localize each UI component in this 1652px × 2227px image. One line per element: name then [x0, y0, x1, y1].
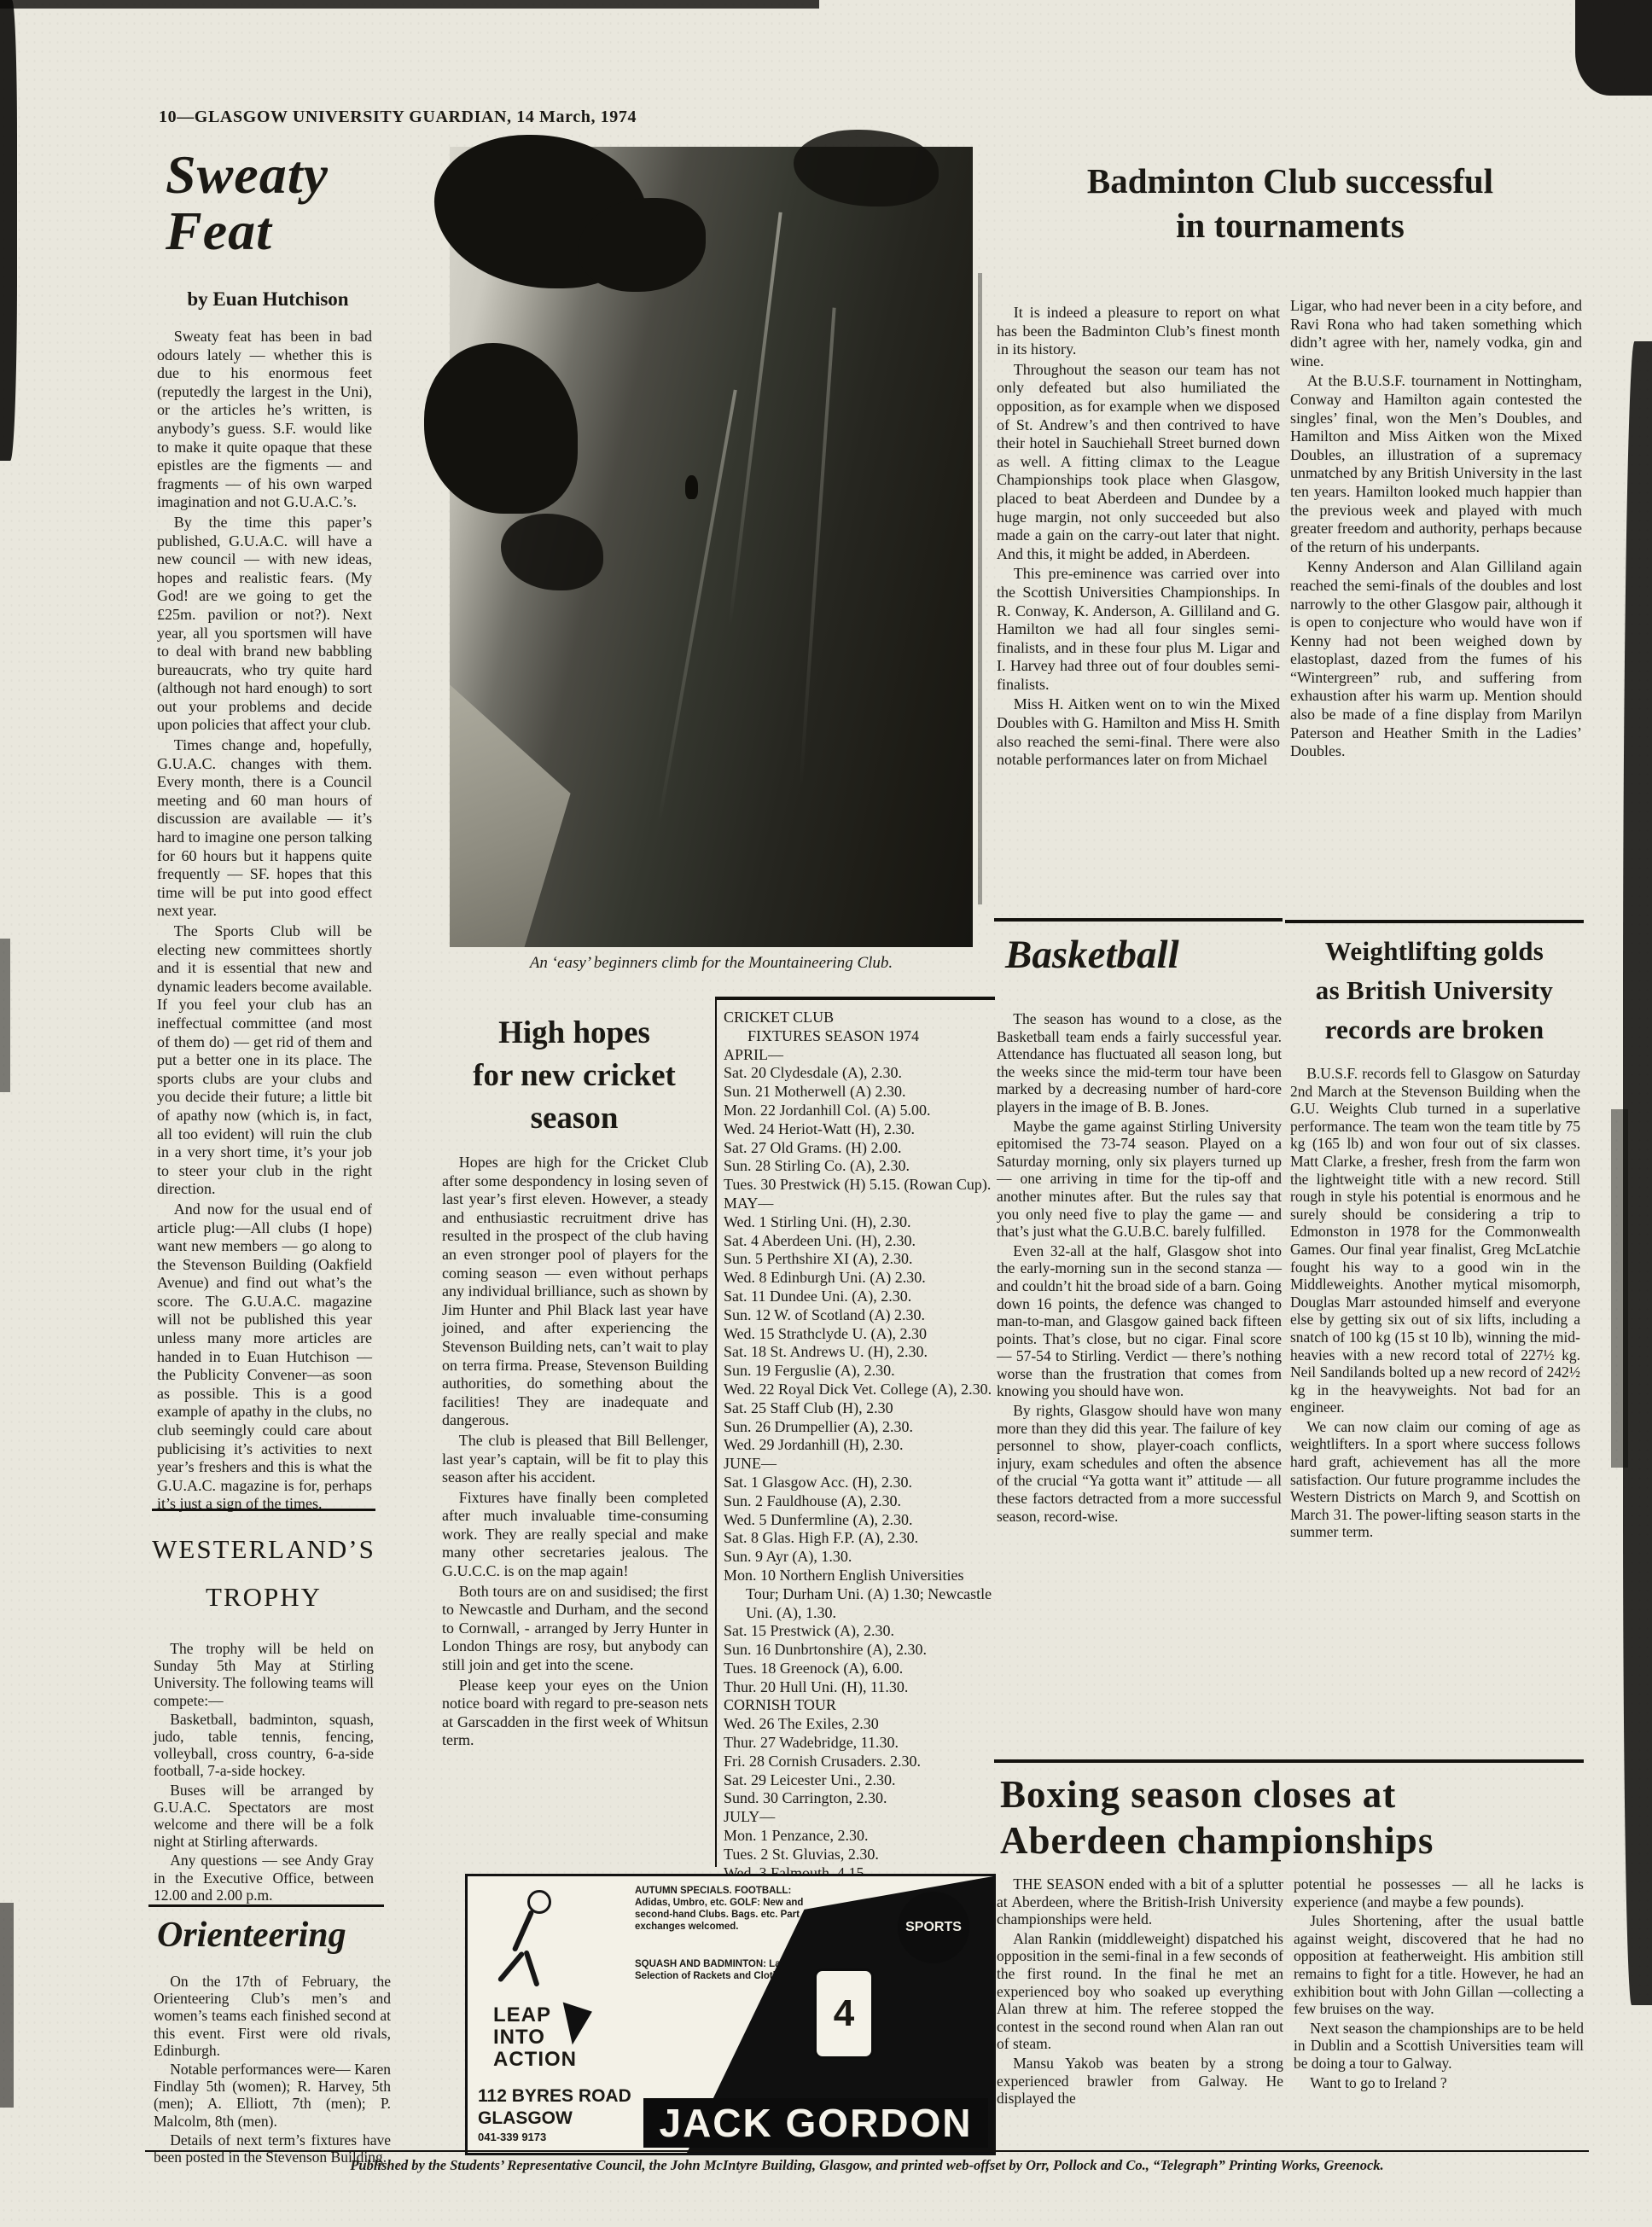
fixture-line: Tues. 18 Greenock (A), 6.00. — [724, 1660, 995, 1678]
paragraph: The club is pleased that Bill Bellenger,… — [442, 1432, 708, 1487]
headline-line: season — [433, 1097, 715, 1140]
basketball-article: The season has wound to a close, as the … — [997, 1010, 1282, 1526]
fixture-line: Sat. 8 Glas. High F.P. (A), 2.30. — [724, 1529, 995, 1548]
boxing-article-col1: THE SEASON ended with a bit of a splutte… — [997, 1875, 1283, 2109]
paragraph: Notable performances were— Karen Findlay… — [154, 2061, 391, 2130]
badminton-article-col2: Ligar, who had never been in a city befo… — [1290, 297, 1582, 763]
ad-phone: 041-339 9173 — [478, 2131, 546, 2143]
weightlifting-headline: Weightlifting goldsas British University… — [1285, 932, 1584, 1050]
paragraph: Throughout the season our team has not o… — [997, 361, 1280, 564]
fixture-line: Sat. 27 Old Grams. (H) 2.00. — [724, 1139, 995, 1158]
paragraph: THE SEASON ended with a bit of a splutte… — [997, 1875, 1283, 1928]
fixture-line: Sat. 1 Glasgow Acc. (H), 2.30. — [724, 1474, 995, 1492]
scan-edge-artifact — [0, 0, 819, 9]
cricket-headline: High hopesfor new cricketseason — [433, 1012, 715, 1140]
paragraph: Mansu Yakob was beaten by a strong exper… — [997, 2055, 1283, 2108]
paragraph: Next season the championships are to be … — [1294, 2020, 1584, 2073]
headline-line: as British University — [1285, 971, 1584, 1010]
fixture-line: Tues. 30 Prestwick (H) 5.15. (Rowan Cup)… — [724, 1176, 995, 1195]
photo-caption: An ‘easy’ beginners climb for the Mounta… — [450, 954, 973, 973]
fixture-line: Sat. 29 Leicester Uni., 2.30. — [724, 1771, 995, 1790]
footer-rule — [145, 2150, 1589, 2152]
paragraph: potential he possesses — all he lacks is… — [1294, 1875, 1584, 1910]
fixture-line: Sun. 12 W. of Scotland (A) 2.30. — [724, 1306, 995, 1325]
foliage-silhouette — [501, 514, 603, 590]
fixture-line: Sun. 19 Ferguslie (A), 2.30. — [724, 1362, 995, 1381]
paragraph: And now for the usual end of article plu… — [157, 1201, 372, 1514]
fixture-line: MAY— — [724, 1195, 995, 1213]
paragraph: Sweaty feat has been in bad odours latel… — [157, 328, 372, 512]
fixture-line: Wed. 26 The Exiles, 2.30 — [724, 1715, 995, 1734]
fixture-line: Wed. 15 Strathclyde U. (A), 2.30 — [724, 1325, 995, 1344]
headline-line: Badminton Club successful — [997, 159, 1584, 203]
rock-crack — [728, 212, 782, 626]
imprint-line: Published by the Students’ Representativ… — [145, 2157, 1589, 2174]
paragraph: Even 32-all at the half, Glasgow shot in… — [997, 1242, 1282, 1400]
fixture-line: Sun. 9 Ayr (A), 1.30. — [724, 1548, 995, 1567]
sports-badge: SPORTS — [898, 1892, 969, 1963]
fixture-line: Sat. 20 Clydesdale (A), 2.30. — [724, 1064, 995, 1083]
badminton-article-col1: It is indeed a pleasure to report on wha… — [997, 304, 1280, 771]
paragraph: This pre-eminence was carried over into … — [997, 565, 1280, 694]
headline-line: in tournaments — [997, 203, 1584, 247]
fixtures-lines: APRIL—Sat. 20 Clydesdale (A), 2.30.Sun. … — [724, 1046, 995, 1902]
paragraph: Ligar, who had never been in a city befo… — [1290, 297, 1582, 370]
fixture-line: Thur. 20 Hull Uni. (H), 11.30. — [724, 1678, 995, 1697]
fixture-line: Sun. 28 Stirling Co. (A), 2.30. — [724, 1157, 995, 1176]
divider-rule — [148, 1904, 384, 1907]
climbing-photo — [450, 147, 973, 947]
boxing-article-col2: potential he possesses — all he lacks is… — [1294, 1875, 1584, 2093]
foliage-silhouette — [424, 343, 578, 514]
fixture-line: Sund. 30 Carrington, 2.30. — [724, 1789, 995, 1808]
weightlifting-article: B.U.S.F. records fell to Glasgow on Satu… — [1290, 1065, 1580, 1543]
sweaty-feat-headline: SweatyFeat — [166, 147, 447, 259]
divider-rule — [1285, 920, 1584, 923]
ad-brand-name: JACK GORDON — [643, 2098, 988, 2148]
scan-edge-artifact — [0, 1903, 14, 2108]
boxing-headline: Boxing season closes atAberdeen champion… — [1000, 1771, 1597, 1864]
foliage-silhouette — [794, 130, 939, 206]
fixture-line: Wed. 22 Royal Dick Vet. College (A), 2.3… — [724, 1381, 995, 1399]
divider-rule — [152, 1509, 375, 1511]
paragraph: Buses will be arranged by G.U.A.C. Spect… — [154, 1782, 374, 1851]
headline-line: High hopes — [433, 1012, 715, 1055]
paragraph: The trophy will be held on Sunday 5th Ma… — [154, 1640, 374, 1709]
westerlands-headline: WESTERLAND’STROPHY — [152, 1526, 375, 1621]
headline-line: Feat — [166, 203, 447, 259]
fixture-line: Mon. 22 Jordanhill Col. (A) 5.00. — [724, 1102, 995, 1120]
badminton-headline: Badminton Club successfulin tournaments — [997, 159, 1584, 247]
paragraph: Miss H. Aitken went on to win the Mixed … — [997, 695, 1280, 769]
paragraph: The season has wound to a close, as the … — [997, 1010, 1282, 1116]
fixture-line: Sat. 11 Dundee Uni. (A), 2.30. — [724, 1288, 995, 1306]
paragraph: It is indeed a pleasure to report on wha… — [997, 304, 1280, 359]
fixture-line: Sun. 16 Dunbrtonshire (A), 2.30. — [724, 1641, 995, 1660]
orienteering-headline: Orienteering — [157, 1915, 346, 1956]
fixture-line: APRIL— — [724, 1046, 995, 1065]
fixture-line: Wed. 8 Edinburgh Uni. (A) 2.30. — [724, 1269, 995, 1288]
fixture-line: Sun. 5 Perthshire XI (A), 2.30. — [724, 1250, 995, 1269]
fixture-line: Sat. 4 Aberdeen Uni. (H), 2.30. — [724, 1232, 995, 1251]
paragraph: Times change and, hopefully, G.U.A.C. ch… — [157, 736, 372, 921]
fixture-line: Sat. 18 St. Andrews U. (H), 2.30. — [724, 1343, 995, 1362]
paragraph: At the B.U.S.F. tournament in Nottingham… — [1290, 372, 1582, 556]
fixture-line: Wed. 29 Jordanhill (H), 2.30. — [724, 1436, 995, 1455]
fixtures-list-block: CRICKET CLUB FIXTURES SEASON 1974 APRIL—… — [724, 1009, 995, 1901]
paragraph: Want to go to Ireland ? — [1294, 2074, 1584, 2092]
fixtures-subtitle: FIXTURES SEASON 1974 — [724, 1027, 995, 1046]
cricket-article: Hopes are high for the Cricket Club afte… — [442, 1154, 708, 1752]
fixture-line: Sun. 2 Fauldhouse (A), 2.30. — [724, 1492, 995, 1511]
headline-line: WESTERLAND’S — [152, 1526, 375, 1573]
paragraph: The Sports Club will be electing new com… — [157, 922, 372, 1199]
fixture-line: Fri. 28 Cornish Crusaders. 2.30. — [724, 1753, 995, 1771]
sweaty-feat-article: Sweaty feat has been in bad odours latel… — [157, 328, 372, 1515]
fixture-line: Sun. 21 Motherwell (A) 2.30. — [724, 1083, 995, 1102]
paragraph: By rights, Glasgow should have won many … — [997, 1402, 1282, 1525]
paragraph: Maybe the game against Stirling Universi… — [997, 1118, 1282, 1241]
headline-line: Boxing season closes at — [1000, 1771, 1597, 1817]
fixture-line: Tues. 2 St. Gluvias, 2.30. — [724, 1846, 995, 1864]
paragraph: By the time this paper’s published, G.U.… — [157, 514, 372, 735]
column-rule — [715, 997, 717, 1867]
paragraph: Kenny Anderson and Alan Gilliland again … — [1290, 558, 1582, 761]
footballer-body — [512, 1910, 535, 1952]
scan-edge-artifact — [0, 939, 10, 1092]
ad-address-city: GLASGOW — [478, 2108, 573, 2129]
paragraph: Basketball, badminton, squash, judo, tab… — [154, 1711, 374, 1780]
paragraph: We can now claim our coming of age as we… — [1290, 1418, 1580, 1541]
paragraph: On the 17th of February, the Orienteerin… — [154, 1973, 391, 2059]
golf-bag-graphic: 4 — [814, 1968, 874, 2059]
headline-line: Weightlifting golds — [1285, 932, 1584, 971]
newspaper-page: 10—GLASGOW UNIVERSITY GUARDIAN, 14 March… — [0, 0, 1652, 2227]
divider-rule — [994, 1759, 1584, 1763]
divider-rule — [994, 918, 1283, 922]
fixture-line: Thur. 27 Wadebridge, 11.30. — [724, 1734, 995, 1753]
scree-slope — [450, 627, 669, 947]
slogan-line: ACTION — [493, 2049, 577, 2071]
fixture-line: Sat. 15 Prestwick (A), 2.30. — [724, 1622, 995, 1641]
sweaty-feat-byline: by Euan Hutchison — [159, 288, 377, 311]
divider-rule — [717, 997, 995, 1000]
fixture-line: Wed. 24 Heriot-Watt (H), 2.30. — [724, 1120, 995, 1139]
orienteering-article: On the 17th of February, the Orienteerin… — [154, 1973, 391, 2167]
paragraph: Jules Shortening, after the usual battle… — [1294, 1912, 1584, 2018]
fixture-line: JUNE— — [724, 1455, 995, 1474]
fixtures-title: CRICKET CLUB — [724, 1009, 995, 1027]
ad-address-street: 112 BYRES ROAD — [478, 2086, 631, 2107]
scan-edge-artifact — [1611, 1109, 1628, 1468]
headline-line: for new cricket — [433, 1055, 715, 1097]
footballer-leg — [523, 1950, 539, 1987]
headline-line: TROPHY — [152, 1573, 375, 1621]
fixture-line: Mon. 10 Northern English Universities To… — [724, 1567, 995, 1622]
fixture-line: JULY— — [724, 1808, 995, 1827]
basketball-headline: Basketball — [1005, 932, 1179, 978]
fixture-line: Sat. 25 Staff Club (H), 2.30 — [724, 1399, 995, 1418]
fixture-line: Wed. 5 Dunfermline (A), 2.30. — [724, 1511, 995, 1530]
fixture-line: CORNISH TOUR — [724, 1696, 995, 1715]
fixture-line: Mon. 1 Penzance, 2.30. — [724, 1827, 995, 1846]
climber-figure — [685, 475, 698, 499]
paragraph: Please keep your eyes on the Union notic… — [442, 1677, 708, 1750]
scan-edge-artifact — [1575, 0, 1652, 96]
headline-line: records are broken — [1285, 1010, 1584, 1050]
masthead: 10—GLASGOW UNIVERSITY GUARDIAN, 14 March… — [159, 108, 637, 127]
scan-edge-artifact — [0, 0, 17, 461]
paragraph: Alan Rankin (middleweight) dispatched hi… — [997, 1930, 1283, 2053]
westerlands-article: The trophy will be held on Sunday 5th Ma… — [154, 1640, 374, 1905]
paragraph: B.U.S.F. records fell to Glasgow on Satu… — [1290, 1065, 1580, 1416]
scan-fold-artifact — [978, 273, 982, 904]
paragraph: Hopes are high for the Cricket Club afte… — [442, 1154, 708, 1430]
fixture-line: Wed. 1 Stirling Uni. (H), 2.30. — [724, 1213, 995, 1232]
jack-gordon-ad: AUTUMN SPECIALS. FOOTBALL: Adidas, Umbro… — [465, 1874, 996, 2155]
headline-line: Aberdeen championships — [1000, 1817, 1597, 1864]
rock-crack — [657, 390, 737, 824]
paragraph: Fixtures have finally been completed aft… — [442, 1489, 708, 1581]
ad-specials-text: AUTUMN SPECIALS. FOOTBALL: Adidas, Umbro… — [635, 1885, 823, 1933]
rock-crack — [799, 307, 835, 787]
fixture-line: Sun. 26 Drumpellier (A), 2.30. — [724, 1418, 995, 1437]
paragraph: Both tours are on and susidised; the fir… — [442, 1583, 708, 1675]
footballer-leg — [497, 1951, 526, 1983]
headline-line: Sweaty — [166, 147, 447, 203]
paragraph: Any questions — see Andy Gray in the Exe… — [154, 1852, 374, 1904]
